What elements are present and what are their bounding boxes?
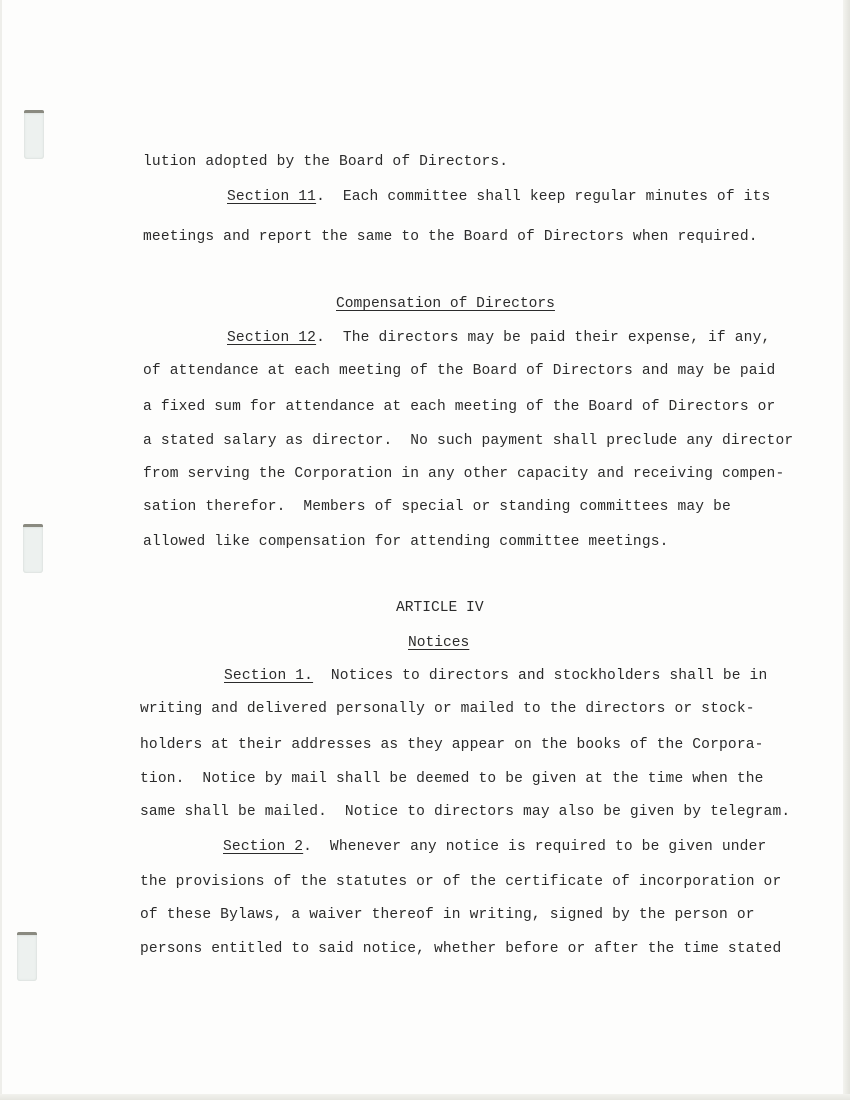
paragraph-line: persons entitled to said notice, whether… bbox=[140, 940, 781, 958]
paragraph-line: sation therefor. Members of special or s… bbox=[143, 498, 731, 516]
page-edge-bottom bbox=[0, 1094, 850, 1100]
art4-section-2-first-line: Section 2. Whenever any notice is requir… bbox=[223, 838, 766, 856]
section-12-text: The directors may be paid their expense,… bbox=[325, 330, 770, 346]
art4-section-2-text: Whenever any notice is required to be gi… bbox=[312, 839, 766, 855]
paragraph-line: from serving the Corporation in any othe… bbox=[143, 465, 784, 483]
paragraph-line: writing and delivered personally or mail… bbox=[140, 700, 755, 718]
paragraph-line: the provisions of the statutes or of the… bbox=[140, 873, 781, 891]
section-11-text: Each committee shall keep regular minute… bbox=[325, 189, 770, 205]
paragraph-line: a stated salary as director. No such pay… bbox=[143, 432, 793, 450]
section-12-label: Section 12 bbox=[227, 330, 316, 346]
section-punct: . bbox=[316, 189, 325, 205]
section-11-label: Section 11 bbox=[227, 189, 316, 205]
heading-article-iv: ARTICLE IV bbox=[396, 599, 484, 617]
art4-section-1-label: Section 1. bbox=[224, 668, 313, 684]
section-punct: . bbox=[303, 839, 312, 855]
paragraph-line: holders at their addresses as they appea… bbox=[140, 736, 764, 754]
section-punct: . bbox=[316, 330, 325, 346]
paragraph-line: of these Bylaws, a waiver thereof in wri… bbox=[140, 906, 755, 924]
heading-notices: Notices bbox=[408, 634, 469, 652]
paragraph-line: a fixed sum for attendance at each meeti… bbox=[143, 398, 775, 416]
page-edge-right bbox=[843, 0, 850, 1100]
section-12-first-line: Section 12. The directors may be paid th… bbox=[227, 329, 770, 347]
punch-hole-icon bbox=[24, 110, 44, 159]
heading-compensation-of-directors: Compensation of Directors bbox=[336, 295, 555, 313]
art4-section-2-label: Section 2 bbox=[223, 839, 303, 855]
paragraph-line: tion. Notice by mail shall be deemed to … bbox=[140, 770, 764, 788]
paragraph-line: of attendance at each meeting of the Boa… bbox=[143, 362, 775, 380]
document-page: lution adopted by the Board of Directors… bbox=[0, 0, 850, 1100]
punch-hole-icon bbox=[23, 524, 43, 573]
paragraph-line: meetings and report the same to the Boar… bbox=[143, 228, 758, 246]
punch-hole-icon bbox=[17, 932, 37, 981]
art4-section-1-first-line: Section 1. Notices to directors and stoc… bbox=[224, 667, 767, 685]
section-11-first-line: Section 11. Each committee shall keep re… bbox=[227, 188, 770, 206]
paragraph-line: same shall be mailed. Notice to director… bbox=[140, 803, 790, 821]
paragraph-line: allowed like compensation for attending … bbox=[143, 533, 669, 551]
page-edge-left bbox=[0, 0, 2, 1100]
art4-section-1-text: Notices to directors and stockholders sh… bbox=[313, 668, 767, 684]
paragraph-line: lution adopted by the Board of Directors… bbox=[143, 153, 508, 171]
